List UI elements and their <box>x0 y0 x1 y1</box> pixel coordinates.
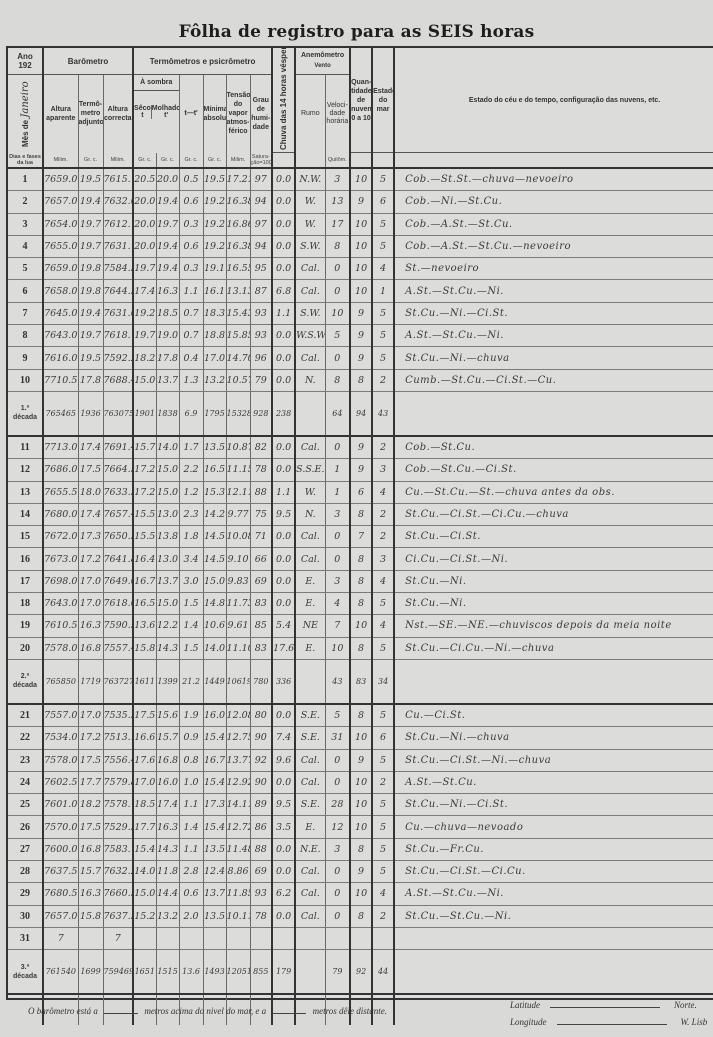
cell-seco <box>133 927 156 949</box>
cell-vel: 5 <box>325 704 350 727</box>
unit: Gr. c. <box>156 153 179 169</box>
cell-hum: 90 <box>250 727 272 749</box>
cell-rumo: S.E. <box>295 794 325 816</box>
cell-diff: 0.4 <box>179 347 203 369</box>
cell-min: 1795 <box>203 391 226 436</box>
cell-molh: 15.7 <box>156 727 179 749</box>
cell-tens: 9.10 <box>226 548 250 570</box>
cell-rumo: Cal. <box>295 905 325 927</box>
cell-mar: 5 <box>372 213 394 235</box>
cell-mar: 5 <box>372 235 394 257</box>
page-title: Fôlha de registro para as SEIS horas <box>0 22 713 42</box>
cell-observation: St.Cu.—Ni.—chuva <box>394 347 713 369</box>
cell-alt-cor: 763075 <box>103 391 133 436</box>
cell-rumo: S.S.E. <box>295 459 325 481</box>
cell-min: 19.2 <box>203 235 226 257</box>
cell-vel <box>325 927 350 949</box>
cell-hum: 79 <box>250 369 272 391</box>
cell-nuv: 9 <box>350 459 372 481</box>
cell-observation: St.Cu.—St.Cu.—Ni. <box>394 905 713 927</box>
cell-alt-cor: 7 <box>103 927 133 949</box>
cell-min: 16.5 <box>203 459 226 481</box>
cell-diff: 0.9 <box>179 727 203 749</box>
table-row: 97616.019.57592.218.217.80.417.014.70960… <box>8 347 713 369</box>
cell-tens: 9.61 <box>226 615 250 637</box>
cell-observation: Cu.—Ci.St. <box>394 704 713 727</box>
day-number: 2 <box>8 191 43 213</box>
cell-molh: 13.7 <box>156 369 179 391</box>
cell-vel: 3 <box>325 838 350 860</box>
cell-observation: Cob.—A.St.—St.Cu. <box>394 213 713 235</box>
cell-vel: 8 <box>325 235 350 257</box>
cell-rumo: E. <box>295 637 325 659</box>
latitude-field[interactable] <box>550 1007 660 1008</box>
cell-molh: 20.0 <box>156 168 179 191</box>
table-row: 147680.017.47657.415.513.02.314.29.77759… <box>8 503 713 525</box>
cell-diff: 2.0 <box>179 905 203 927</box>
cell-chuva: 238 <box>272 391 295 436</box>
cell-term: 16.8 <box>78 838 103 860</box>
cell-molh: 12.2 <box>156 615 179 637</box>
cell-mar: 5 <box>372 838 394 860</box>
rain-header: Chuva das 14 horas véspera às 6 horas <box>272 48 295 153</box>
day-number: 23 <box>8 749 43 771</box>
cell-chuva: 0.0 <box>272 168 295 191</box>
cell-chuva: 0.0 <box>272 213 295 235</box>
day-number: 25 <box>8 794 43 816</box>
year-cell: Ano 192 <box>8 48 43 75</box>
cell-mar: 2 <box>372 526 394 548</box>
cell-min: 14.0 <box>203 637 226 659</box>
cell-hum: 93 <box>250 883 272 905</box>
day-number: 17 <box>8 570 43 592</box>
cell-observation: Cob.—St.St.—chuva—nevoeiro <box>394 168 713 191</box>
cell-min: 16.0 <box>203 704 226 727</box>
cell-tens: 12.75 <box>226 727 250 749</box>
day-number: 5 <box>8 258 43 280</box>
cell-term: 16.3 <box>78 883 103 905</box>
cell-observation: Cu.—St.Cu.—St.—chuva antes da obs. <box>394 481 713 503</box>
table-row: 187643.017.07618.016.515.01.514.811.7383… <box>8 593 713 615</box>
cell-term: 17.5 <box>78 816 103 838</box>
cell-observation: Ci.Cu.—Ci.St.—Ni. <box>394 548 713 570</box>
altitude-field[interactable] <box>104 1013 138 1014</box>
day-number: 12 <box>8 459 43 481</box>
cell-nuv: 8 <box>350 570 372 592</box>
cell-rumo: E. <box>295 570 325 592</box>
longitude-field[interactable] <box>557 1024 667 1025</box>
table-row: 37654.019.77612.720.019.70.319.216.86970… <box>8 213 713 235</box>
cell-mar: 5 <box>372 302 394 324</box>
cell-term: 19.4 <box>78 191 103 213</box>
table-row: 307657.015.87637.515.213.22.013.510.1178… <box>8 905 713 927</box>
cell-nuv: 9 <box>350 302 372 324</box>
cell-alt-cor: 7664.5 <box>103 459 133 481</box>
cell-diff: 1.0 <box>179 771 203 793</box>
cell-chuva: 1.1 <box>272 481 295 503</box>
cell-rumo: N.W. <box>295 168 325 191</box>
cell-min: 15.3 <box>203 481 226 503</box>
cell-seco: 15.5 <box>133 503 156 525</box>
cell-min: 16.7 <box>203 749 226 771</box>
cell-nuv: 6 <box>350 481 372 503</box>
cell-molh: 11.8 <box>156 861 179 883</box>
cell-alt-cor: 759469 <box>103 950 133 995</box>
cell-observation: Cob.—St.Cu.—Ci.St. <box>394 459 713 481</box>
table-row: 297680.516.37660.515.014.40.613.711.8593… <box>8 883 713 905</box>
cell-nuv: 8 <box>350 704 372 727</box>
day-number: 6 <box>8 280 43 302</box>
cell-observation: Cob.—St.Cu. <box>394 436 713 459</box>
cell-hum: 94 <box>250 191 272 213</box>
cell-nuv: 8 <box>350 369 372 391</box>
col-molhado: Molhado t' <box>151 105 179 119</box>
cell-diff: 0.8 <box>179 749 203 771</box>
cell-alt-ap: 7680.5 <box>43 883 78 905</box>
cell-term: 15.7 <box>78 861 103 883</box>
decade-label: 3.ª década <box>8 950 43 995</box>
cell-chuva: 0.0 <box>272 258 295 280</box>
cell-chuva: 9.5 <box>272 794 295 816</box>
cell-alt-cor: 7660.5 <box>103 883 133 905</box>
cell-nuv: 10 <box>350 771 372 793</box>
cell-alt-cor: 7618.7 <box>103 325 133 347</box>
cell-mar: 2 <box>372 436 394 459</box>
cell-alt-cor: 7637.5 <box>103 905 133 927</box>
cell-min: 15.4 <box>203 771 226 793</box>
cell-seco: 16.6 <box>133 727 156 749</box>
table-row: 157672.017.37650.515.513.81.814.510.0871… <box>8 526 713 548</box>
table-row: 197610.516.37590.513.612.21.410.69.61855… <box>8 615 713 637</box>
unit <box>394 153 713 169</box>
unit <box>350 153 372 169</box>
cell-molh: 1515 <box>156 950 179 995</box>
cell-chuva <box>272 927 295 949</box>
shade-group: À sombra Sêco t Molhado t' <box>133 75 179 153</box>
cell-mar: 1 <box>372 280 394 302</box>
cell-vel: 4 <box>325 593 350 615</box>
cell-tens: 16.55 <box>226 258 250 280</box>
col-velocidade: Veloci-dade horária <box>325 75 350 153</box>
cell-rumo: Cal. <box>295 347 325 369</box>
cell-vel: 13 <box>325 191 350 213</box>
day-number: 24 <box>8 771 43 793</box>
cell-chuva: 0.0 <box>272 861 295 883</box>
cell-hum: 75 <box>250 503 272 525</box>
cell-tens: 14.11 <box>226 794 250 816</box>
cell-alt-cor: 7584.5 <box>103 258 133 280</box>
cell-nuv: 8 <box>350 593 372 615</box>
cell-vel: 43 <box>325 659 350 704</box>
cell-seco: 18.5 <box>133 794 156 816</box>
cell-alt-ap: 7673.0 <box>43 548 78 570</box>
latitude-suffix: Norte. <box>674 1000 697 1010</box>
cell-alt-ap: 765465 <box>43 391 78 436</box>
day-number: 28 <box>8 861 43 883</box>
cell-min: 12.4 <box>203 861 226 883</box>
year-label: Ano <box>17 52 33 61</box>
cell-vel: 0 <box>325 280 350 302</box>
cell-vel: 0 <box>325 436 350 459</box>
cell-min: 14.8 <box>203 593 226 615</box>
cell-mar: 5 <box>372 816 394 838</box>
barometer-note-text: O barômetro está a <box>28 1006 98 1016</box>
cell-nuv: 10 <box>350 168 372 191</box>
latitude-line: LatitudeNorte. <box>510 1000 697 1010</box>
cell-alt-cor: 7688.4 <box>103 369 133 391</box>
cell-term: 19.8 <box>78 280 103 302</box>
cell-observation: A.St.—St.Cu.—Ni. <box>394 883 713 905</box>
cell-term: 19.7 <box>78 325 103 347</box>
unit <box>295 153 325 169</box>
day-number: 22 <box>8 727 43 749</box>
cell-chuva: 9.6 <box>272 749 295 771</box>
cell-alt-cor: 7583.7 <box>103 838 133 860</box>
table-row: 47655.019.77631.720.019.40.619.216.38940… <box>8 235 713 257</box>
cell-term: 17.5 <box>78 749 103 771</box>
cell-alt-cor: 7592.2 <box>103 347 133 369</box>
cell-seco: 19.7 <box>133 325 156 347</box>
cell-nuv: 94 <box>350 391 372 436</box>
cell-alt-cor: 7513.1 <box>103 727 133 749</box>
anemometer-group-header: Anemômetro Vento <box>295 48 350 75</box>
cell-rumo: E. <box>295 593 325 615</box>
cell-molh: 19.4 <box>156 191 179 213</box>
cell-min: 13.2 <box>203 369 226 391</box>
cell-hum: 83 <box>250 637 272 659</box>
cell-alt-ap: 7686.0 <box>43 459 78 481</box>
cell-nuv: 8 <box>350 548 372 570</box>
cell-seco: 15.5 <box>133 526 156 548</box>
day-number: 19 <box>8 615 43 637</box>
cell-alt-cor: 7612.7 <box>103 213 133 235</box>
cell-min: 13.5 <box>203 436 226 459</box>
cell-alt-ap: 7654.0 <box>43 213 78 235</box>
cell-molh: 15.6 <box>156 704 179 727</box>
cell-mar: 43 <box>372 391 394 436</box>
cell-term: 19.7 <box>78 235 103 257</box>
cell-term: 19.5 <box>78 168 103 191</box>
cell-mar: 5 <box>372 704 394 727</box>
cell-term: 17.2 <box>78 727 103 749</box>
table-row: 127686.017.57664.517.215.02.216.511.1578… <box>8 459 713 481</box>
cell-diff: 0.6 <box>179 883 203 905</box>
table-row: 107710.517.87688.415.013.71.313.210.5779… <box>8 369 713 391</box>
cell-chuva: 336 <box>272 659 295 704</box>
cell-nuv: 10 <box>350 883 372 905</box>
cell-chuva: 0.0 <box>272 526 295 548</box>
cell-nuv: 9 <box>350 191 372 213</box>
wind-label: Vento <box>314 63 330 69</box>
cell-observation: St.Cu.—Ci.St.—Ni.—chuva <box>394 749 713 771</box>
cell-molh: 18.5 <box>156 302 179 324</box>
cell-molh: 14.3 <box>156 838 179 860</box>
cell-alt-cor: 7631.7 <box>103 235 133 257</box>
cell-term: 1719 <box>78 659 103 704</box>
units-row: Dias e fases da lua Milim. Gr. c. Milim.… <box>8 153 713 169</box>
cell-alt-ap: 7557.0 <box>43 704 78 727</box>
day-number: 14 <box>8 503 43 525</box>
cell-chuva: 0.0 <box>272 838 295 860</box>
cell-min: 15.4 <box>203 816 226 838</box>
cell-observation <box>394 927 713 949</box>
cell-nuv: 10 <box>350 727 372 749</box>
cell-alt-ap: 7659.0 <box>43 258 78 280</box>
day-number: 11 <box>8 436 43 459</box>
cell-rumo: Cal. <box>295 526 325 548</box>
cell-hum: 97 <box>250 213 272 235</box>
cell-min: 15.4 <box>203 727 226 749</box>
cell-alt-ap: 7713.0 <box>43 436 78 459</box>
cell-alt-ap: 7659.0 <box>43 168 78 191</box>
cell-alt-ap: 7570.0 <box>43 816 78 838</box>
cell-molh: 17.4 <box>156 794 179 816</box>
cell-alt-cor: 7578.7 <box>103 794 133 816</box>
cell-alt-ap: 7680.0 <box>43 503 78 525</box>
cell-rumo: Cal. <box>295 280 325 302</box>
cell-alt-cor: 7579.8 <box>103 771 133 793</box>
cell-diff: 1.2 <box>179 481 203 503</box>
distance-field[interactable] <box>272 1013 306 1014</box>
cell-term: 16.3 <box>78 615 103 637</box>
cell-chuva: 6.8 <box>272 280 295 302</box>
cell-observation: St.Cu.—Ni.—chuva <box>394 727 713 749</box>
cell-tens: 11.85 <box>226 883 250 905</box>
register-table: Ano 192 Barômetro Termômetros e psicrôme… <box>8 48 713 1025</box>
register-body: 17659.019.57615.720.520.00.519.517.21970… <box>8 168 713 1025</box>
cell-min: 1493 <box>203 950 226 995</box>
day-number: 16 <box>8 548 43 570</box>
table-row: 27657.019.47632.020.019.40.619.216.38940… <box>8 191 713 213</box>
cell-diff: 2.3 <box>179 503 203 525</box>
cell-term: 16.8 <box>78 637 103 659</box>
cell-min: 13.5 <box>203 905 226 927</box>
cell-chuva: 17.6 <box>272 637 295 659</box>
cell-observation: St.Cu.—Fr.Cu. <box>394 838 713 860</box>
cell-molh: 13.0 <box>156 548 179 570</box>
unit <box>272 153 295 169</box>
cell-term: 17.8 <box>78 369 103 391</box>
year-value: 192 <box>18 61 31 70</box>
cell-rumo: N.E. <box>295 838 325 860</box>
cell-tens: 15328 <box>226 391 250 436</box>
cell-min: 13.5 <box>203 838 226 860</box>
latitude-label: Latitude <box>510 1000 540 1010</box>
cell-chuva: 0.0 <box>272 369 295 391</box>
cell-observation: St.Cu.—Ci.St. <box>394 526 713 548</box>
cell-term: 17.4 <box>78 503 103 525</box>
cell-nuv: 8 <box>350 838 372 860</box>
cell-molh: 17.8 <box>156 347 179 369</box>
cell-mar: 2 <box>372 503 394 525</box>
decade-summary-row: 2.ª década76585017197637271611139921.214… <box>8 659 713 704</box>
cell-rumo: Cal. <box>295 883 325 905</box>
cell-rumo: W.S.W. <box>295 325 325 347</box>
cell-alt-cor: 7556.4 <box>103 749 133 771</box>
cell-seco: 20.0 <box>133 235 156 257</box>
cell-hum <box>250 927 272 949</box>
col-humidade: Grau de humi-dade <box>250 75 272 153</box>
cell-chuva: 0.0 <box>272 325 295 347</box>
cell-chuva: 0.0 <box>272 570 295 592</box>
cell-diff: 0.6 <box>179 191 203 213</box>
shade-label: À sombra <box>134 79 179 91</box>
cell-seco: 13.6 <box>133 615 156 637</box>
cell-nuv: 8 <box>350 637 372 659</box>
cell-hum: 90 <box>250 771 272 793</box>
cell-seco: 17.0 <box>133 771 156 793</box>
cell-nuv: 10 <box>350 280 372 302</box>
cell-rumo: W. <box>295 191 325 213</box>
cell-observation: Cumb.—St.Cu.—Ci.St.—Cu. <box>394 369 713 391</box>
cell-vel: 0 <box>325 526 350 548</box>
cell-molh: 16.0 <box>156 771 179 793</box>
cell-diff: 1.3 <box>179 369 203 391</box>
cell-tens: 17.21 <box>226 168 250 191</box>
cell-term: 17.2 <box>78 548 103 570</box>
cell-hum: 83 <box>250 593 272 615</box>
cell-alt-ap: 7643.0 <box>43 325 78 347</box>
cell-molh: 14.3 <box>156 637 179 659</box>
cell-chuva: 0.0 <box>272 191 295 213</box>
cell-term: 17.0 <box>78 704 103 727</box>
day-number: 9 <box>8 347 43 369</box>
cell-observation: St.Cu.—Ci.St.—Ci.Cu.—chuva <box>394 503 713 525</box>
cell-molh: 19.0 <box>156 325 179 347</box>
cell-vel: 0 <box>325 258 350 280</box>
cell-alt-cor: 763727 <box>103 659 133 704</box>
cell-mar: 5 <box>372 861 394 883</box>
cell-seco: 19.2 <box>133 302 156 324</box>
cell-molh: 1838 <box>156 391 179 436</box>
cell-observation: Cob.—Ni.—St.Cu. <box>394 191 713 213</box>
cell-min: 1449 <box>203 659 226 704</box>
table-row: 67658.019.87644.517.416.31.116.113.13876… <box>8 280 713 302</box>
thermometer-group-header: Termômetros e psicrômetro <box>133 48 272 75</box>
cell-molh: 16.3 <box>156 816 179 838</box>
barometer-note: O barômetro está a metros acima do nivel… <box>28 1006 387 1016</box>
cell-seco: 15.4 <box>133 838 156 860</box>
cell-min <box>203 927 226 949</box>
cell-tens: 11.48 <box>226 838 250 860</box>
cell-alt-cor: 7529.3 <box>103 816 133 838</box>
cell-hum: 928 <box>250 391 272 436</box>
cell-rumo: Cal. <box>295 771 325 793</box>
cell-chuva: 9.5 <box>272 503 295 525</box>
cell-nuv: 10 <box>350 213 372 235</box>
cell-min: 19.2 <box>203 191 226 213</box>
cell-nuv: 9 <box>350 861 372 883</box>
cell-observation: St.Cu.—Ni.—Ci.St. <box>394 302 713 324</box>
sky-state-header: Estado do céu e do tempo, configuração d… <box>394 48 713 153</box>
cell-mar: 44 <box>372 950 394 995</box>
cell-tens: 12.72 <box>226 816 250 838</box>
cell-nuv: 10 <box>350 794 372 816</box>
cell-vel: 10 <box>325 302 350 324</box>
sea-state-header: Estado do mar <box>372 48 394 153</box>
cell-rumo: S.E. <box>295 704 325 727</box>
cell-min: 19.1 <box>203 258 226 280</box>
cell-molh: 14.0 <box>156 436 179 459</box>
decade-label: 1.ª década <box>8 391 43 436</box>
register-sheet: Ano 192 Barômetro Termômetros e psicrôme… <box>6 46 713 1000</box>
cell-alt-ap: 7637.5 <box>43 861 78 883</box>
cell-molh: 16.3 <box>156 280 179 302</box>
cell-seco: 15.2 <box>133 905 156 927</box>
cell-diff: 3.0 <box>179 570 203 592</box>
cell-alt-cor: 7535.3 <box>103 704 133 727</box>
cell-alt-ap: 7600.0 <box>43 838 78 860</box>
